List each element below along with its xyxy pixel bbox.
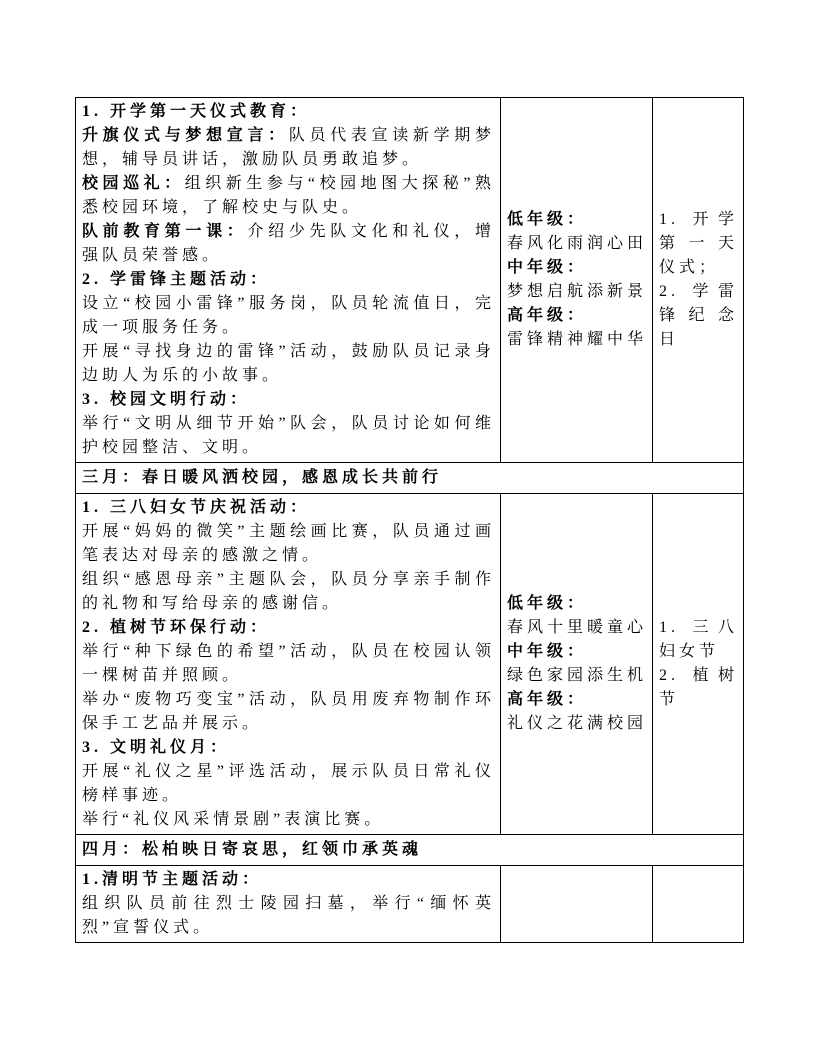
march-grade-slogans-cell: 低年级： 春风十里暖童心 中年级： 绿色家园添生机 高年级： 礼仪之花满校园: [501, 494, 653, 835]
february-anniversaries-cell: 1. 开学第一天仪式； 2. 学雷锋纪念日: [653, 98, 744, 463]
month-header-march: 三月：春日暖风洒校园，感恩成长共前行: [76, 463, 744, 494]
grade-label: 高年级：: [507, 304, 647, 328]
paragraph: 开展“礼仪之星”评选活动，展示队员日常礼仪榜样事迹。: [82, 760, 495, 808]
paragraph: 开展“寻找身边的雷锋”活动，鼓励队员记录身边助人为乐的小故事。: [82, 340, 495, 388]
paragraph-lead: 1. 开学第一天仪式教育：: [82, 103, 310, 120]
paragraph-text: 组织队员前往烈士陵园扫墓，举行“缅怀英烈”宣誓仪式。: [82, 895, 495, 936]
paragraph: 2. 植树节环保行动：: [82, 616, 495, 640]
paragraph: 开展“妈妈的微笑”主题绘画比赛，队员通过画笔表达对母亲的感激之情。: [82, 520, 495, 568]
paragraph: 3. 校园文明行动：: [82, 388, 495, 412]
grade-slogan: 礼仪之花满校园: [507, 712, 647, 736]
paragraph-text: 举办“废物巧变宝”活动，队员用废弃物制作环保手工艺品并展示。: [82, 691, 495, 732]
paragraph: 升旗仪式与梦想宣言：队员代表宣读新学期梦想，辅导员讲话，激励队员勇敢追梦。: [82, 124, 495, 172]
paragraph: 1. 开学第一天仪式教育：: [82, 100, 495, 124]
paragraph: 设立“校园小雷锋”服务岗，队员轮流值日，完成一项服务任务。: [82, 292, 495, 340]
paragraph-lead: 1.清明节主题活动：: [82, 871, 262, 888]
activity-plan-table: 1. 开学第一天仪式教育： 升旗仪式与梦想宣言：队员代表宣读新学期梦想，辅导员讲…: [75, 97, 744, 943]
paragraph-text: 开展“礼仪之星”评选活动，展示队员日常礼仪榜样事迹。: [82, 763, 495, 804]
paragraph: 3. 文明礼仪月：: [82, 736, 495, 760]
table-row-march: 1. 三八妇女节庆祝活动： 开展“妈妈的微笑”主题绘画比赛，队员通过画笔表达对母…: [76, 494, 744, 835]
month-header-april: 四月：松柏映日寄哀思，红领巾承英魂: [76, 835, 744, 866]
paragraph-lead: 2. 学雷锋主题活动：: [82, 271, 270, 288]
table-row-april-header: 四月：松柏映日寄哀思，红领巾承英魂: [76, 835, 744, 866]
april-grade-slogans-cell-empty: [501, 866, 653, 943]
anniversary-item: 1. 开学第一天仪式；: [659, 208, 738, 280]
document-page: 1. 开学第一天仪式教育： 升旗仪式与梦想宣言：队员代表宣读新学期梦想，辅导员讲…: [0, 0, 816, 1056]
table-row-april: 1.清明节主题活动： 组织队员前往烈士陵园扫墓，举行“缅怀英烈”宣誓仪式。: [76, 866, 744, 943]
grade-slogan: 春风化雨润心田: [507, 232, 647, 256]
table-row-february: 1. 开学第一天仪式教育： 升旗仪式与梦想宣言：队员代表宣读新学期梦想，辅导员讲…: [76, 98, 744, 463]
paragraph-text: 开展“妈妈的微笑”主题绘画比赛，队员通过画笔表达对母亲的感激之情。: [82, 523, 495, 564]
april-anniversaries-cell-empty: [653, 866, 744, 943]
paragraph-lead: 3. 校园文明行动：: [82, 391, 250, 408]
grade-slogan: 梦想启航添新景: [507, 280, 647, 304]
grade-label: 中年级：: [507, 256, 647, 280]
paragraph: 组织“感恩母亲”主题队会，队员分享亲手制作的礼物和写给母亲的感谢信。: [82, 568, 495, 616]
paragraph: 2. 学雷锋主题活动：: [82, 268, 495, 292]
grade-label: 中年级：: [507, 640, 647, 664]
march-activities-cell: 1. 三八妇女节庆祝活动： 开展“妈妈的微笑”主题绘画比赛，队员通过画笔表达对母…: [76, 494, 501, 835]
table-row-march-header: 三月：春日暖风洒校园，感恩成长共前行: [76, 463, 744, 494]
paragraph-text: 组织“感恩母亲”主题队会，队员分享亲手制作的礼物和写给母亲的感谢信。: [82, 571, 495, 612]
march-anniversaries-cell: 1. 三八妇女节 2. 植树节: [653, 494, 744, 835]
grade-label: 高年级：: [507, 688, 647, 712]
paragraph-lead: 队前教育第一课：: [82, 223, 247, 240]
paragraph-lead: 3. 文明礼仪月：: [82, 739, 230, 756]
paragraph: 组织队员前往烈士陵园扫墓，举行“缅怀英烈”宣誓仪式。: [82, 892, 495, 940]
anniversary-item: 1. 三八妇女节: [659, 616, 738, 664]
february-activities-cell: 1. 开学第一天仪式教育： 升旗仪式与梦想宣言：队员代表宣读新学期梦想，辅导员讲…: [76, 98, 501, 463]
paragraph: 1.清明节主题活动：: [82, 868, 495, 892]
paragraph: 举办“废物巧变宝”活动，队员用废弃物制作环保手工艺品并展示。: [82, 688, 495, 736]
paragraph-lead: 校园巡礼：: [82, 175, 185, 192]
anniversary-item: 2. 植树节: [659, 664, 738, 712]
grade-slogan: 春风十里暖童心: [507, 616, 647, 640]
paragraph-text: 举行“种下绿色的希望”活动，队员在校园认领一棵树苗并照顾。: [82, 643, 495, 684]
paragraph: 举行“种下绿色的希望”活动，队员在校园认领一棵树苗并照顾。: [82, 640, 495, 688]
paragraph-text: 举行“文明从细节开始”队会，队员讨论如何维护校园整洁、文明。: [82, 415, 495, 456]
paragraph: 校园巡礼：组织新生参与“校园地图大探秘”熟悉校园环境，了解校史与队史。: [82, 172, 495, 220]
anniversary-item: 2. 学雷锋纪念日: [659, 280, 738, 352]
grade-slogan: 绿色家园添生机: [507, 664, 647, 688]
paragraph: 举行“文明从细节开始”队会，队员讨论如何维护校园整洁、文明。: [82, 412, 495, 460]
paragraph: 举行“礼仪风采情景剧”表演比赛。: [82, 808, 495, 832]
paragraph-lead: 2. 植树节环保行动：: [82, 619, 270, 636]
grade-label: 低年级：: [507, 592, 647, 616]
paragraph-text: 举行“礼仪风采情景剧”表演比赛。: [82, 811, 384, 828]
paragraph-text: 设立“校园小雷锋”服务岗，队员轮流值日，完成一项服务任务。: [82, 295, 495, 336]
paragraph: 队前教育第一课：介绍少先队文化和礼仪，增强队员荣誉感。: [82, 220, 495, 268]
grade-label: 低年级：: [507, 208, 647, 232]
april-activities-cell: 1.清明节主题活动： 组织队员前往烈士陵园扫墓，举行“缅怀英烈”宣誓仪式。: [76, 866, 501, 943]
paragraph-text: 开展“寻找身边的雷锋”活动，鼓励队员记录身边助人为乐的小故事。: [82, 343, 495, 384]
paragraph-lead: 1. 三八妇女节庆祝活动：: [82, 499, 310, 516]
february-grade-slogans-cell: 低年级： 春风化雨润心田 中年级： 梦想启航添新景 高年级： 雷锋精神耀中华: [501, 98, 653, 463]
paragraph: 1. 三八妇女节庆祝活动：: [82, 496, 495, 520]
paragraph-lead: 升旗仪式与梦想宣言：: [82, 127, 289, 144]
grade-slogan: 雷锋精神耀中华: [507, 328, 647, 352]
